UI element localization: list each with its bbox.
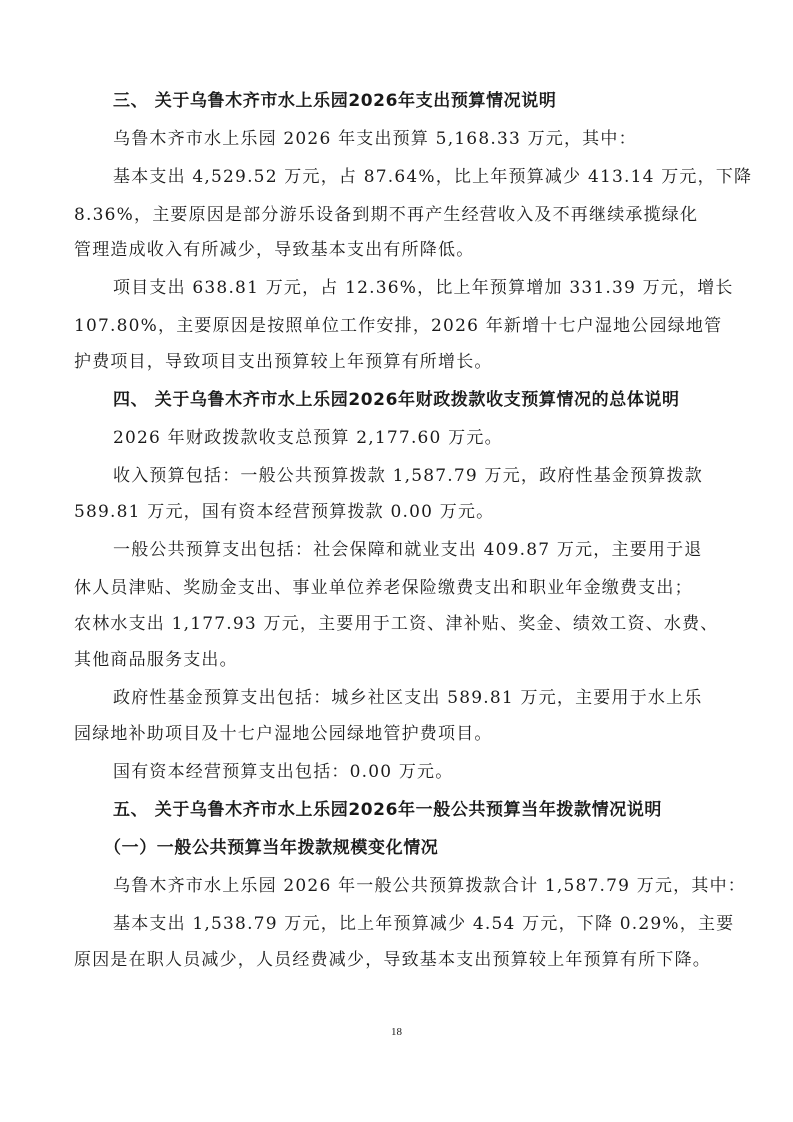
paragraph-line: 基本支出 1,538.79 万元，比上年预算减少 4.54 万元，下降 0.29… xyxy=(113,913,734,935)
paragraph-line: 其他商品服务支出。 xyxy=(74,649,238,671)
paragraph-line: 589.81 万元，国有资本经营预算拨款 0.00 万元。 xyxy=(74,501,494,523)
paragraph-line: 休人员津贴、奖励金支出、事业单位养老保险缴费支出和职业年金缴费支出； xyxy=(74,577,693,599)
paragraph-line: 收入预算包括：一般公共预算拨款 1,587.79 万元，政府性基金预算拨款 xyxy=(113,465,703,487)
heading-section-5: 五、 关于乌鲁木齐市水上乐园2026年一般公共预算当年拨款情况说明 xyxy=(113,799,662,821)
paragraph-line: 2026 年财政拨款收支总预算 2,177.60 万元。 xyxy=(113,427,503,449)
paragraph-line: 护费项目，导致项目支出预算较上年预算有所增长。 xyxy=(74,351,493,373)
paragraph-line: 项目支出 638.81 万元，占 12.36%，比上年预算增加 331.39 万… xyxy=(113,277,734,299)
heading-section-3: 三、 关于乌鲁木齐市水上乐园2026年支出预算情况说明 xyxy=(113,90,556,112)
page-number: 18 xyxy=(0,1026,793,1038)
paragraph-line: 国有资本经营预算支出包括：0.00 万元。 xyxy=(113,761,453,783)
paragraph-line: 农林水支出 1,177.93 万元，主要用于工资、津补贴、奖金、绩效工资、水费、 xyxy=(74,613,719,635)
paragraph-line: 政府性基金预算支出包括：城乡社区支出 589.81 万元，主要用于水上乐 xyxy=(113,687,703,709)
paragraph-line: 基本支出 4,529.52 万元，占 87.64%，比上年预算减少 413.14… xyxy=(113,166,752,188)
paragraph-line: 乌鲁木齐市水上乐园 2026 年一般公共预算拨款合计 1,587.79 万元，其… xyxy=(113,875,746,897)
document-page: 三、 关于乌鲁木齐市水上乐园2026年支出预算情况说明 乌鲁木齐市水上乐园 20… xyxy=(0,0,793,1122)
paragraph-line: 乌鲁木齐市水上乐园 2026 年支出预算 5,168.33 万元，其中： xyxy=(113,128,637,150)
subheading-1: （一）一般公共预算当年拨款规模变化情况 xyxy=(104,837,438,859)
paragraph-line: 原因是在职人员减少，人员经费减少，导致基本支出预算较上年预算有所下降。 xyxy=(74,949,711,971)
paragraph-line: 园绿地补助项目及十七户湿地公园绿地管护费项目。 xyxy=(74,723,493,745)
paragraph-line: 107.80%，主要原因是按照单位工作安排，2026 年新增十七户湿地公园绿地管 xyxy=(74,315,722,337)
heading-section-4: 四、 关于乌鲁木齐市水上乐园2026年财政拨款收支预算情况的总体说明 xyxy=(113,389,680,411)
paragraph-line: 8.36%，主要原因是部分游乐设备到期不再产生经营收入及不再继续承揽绿化 xyxy=(74,204,698,226)
paragraph-line: 管理造成收入有所减少，导致基本支出有所降低。 xyxy=(74,239,474,261)
paragraph-line: 一般公共预算支出包括：社会保障和就业支出 409.87 万元，主要用于退 xyxy=(113,539,703,561)
